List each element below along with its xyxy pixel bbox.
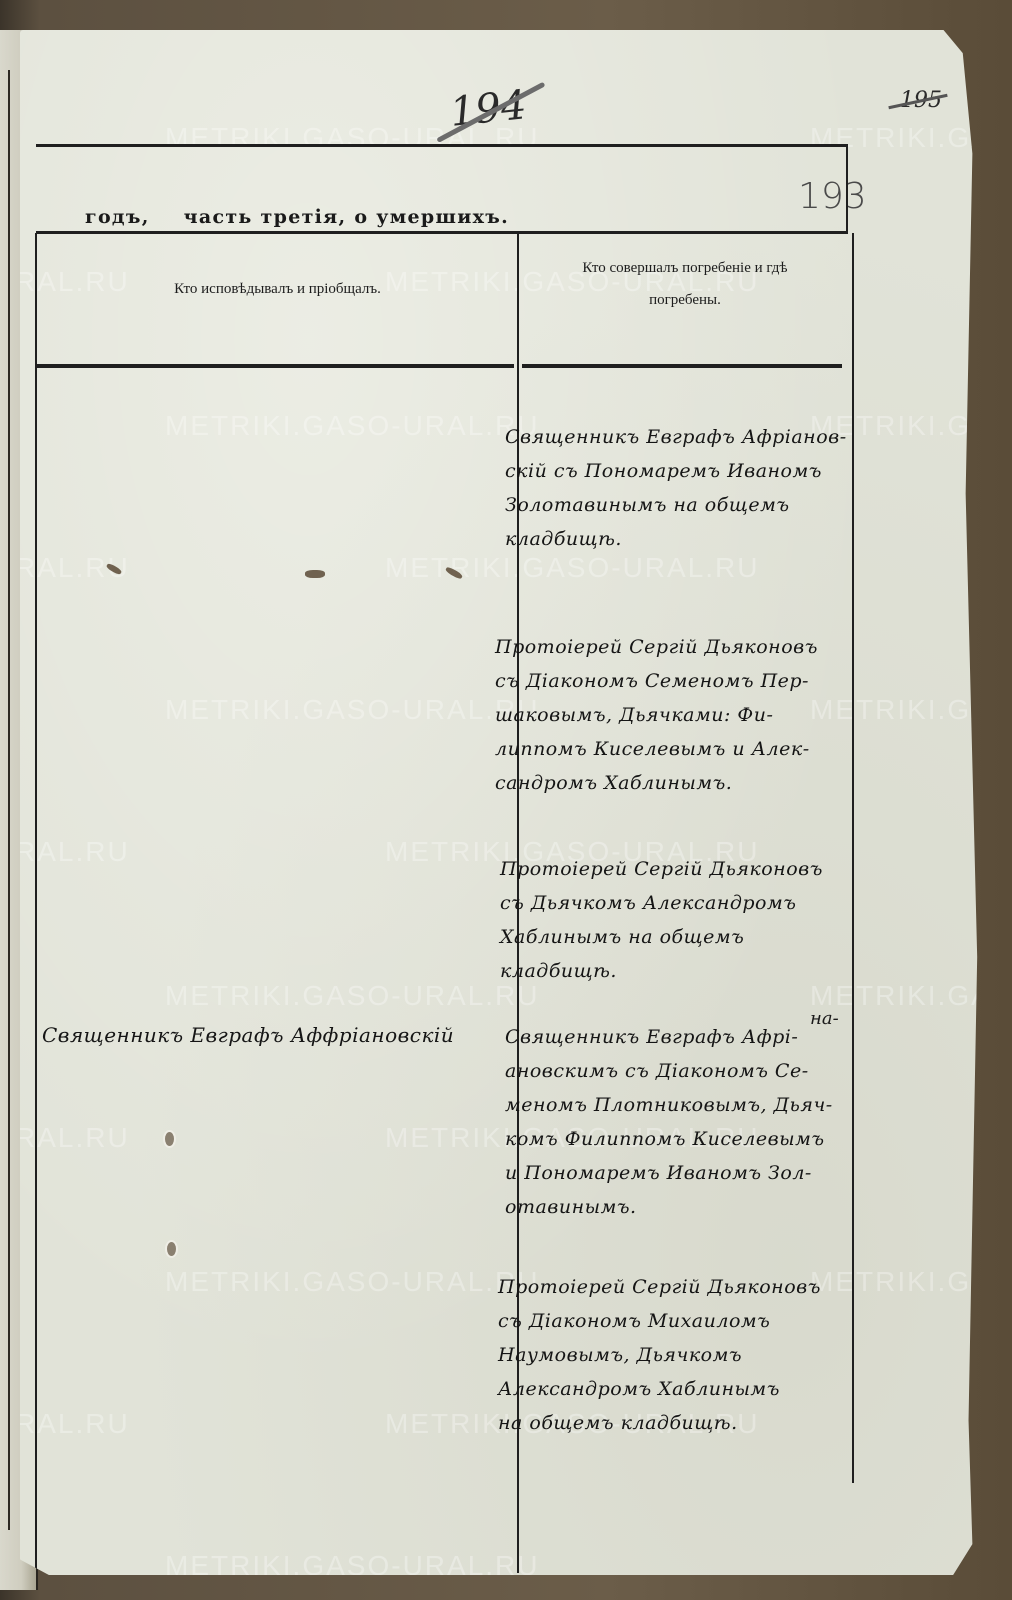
column-header-burial: Кто совершалъ погребеніе и гдѣ погребены… xyxy=(520,252,850,316)
column-header-rule-right xyxy=(522,364,842,368)
binding-hole xyxy=(163,1130,176,1148)
watermark: METRIKI.GASO-URAL.RU xyxy=(165,694,539,726)
folio-number-crossed-out: 194 xyxy=(448,82,529,136)
binding-hole xyxy=(165,1240,178,1258)
document-page: URAL.RU METRIKI.GASO-URAL.RU METRIKI.GA … xyxy=(20,30,982,1575)
top-rule xyxy=(36,144,846,147)
column-header-burial-line1: Кто совершалъ погребеніе и гдѣ xyxy=(520,252,850,284)
folio-number-current: 193 xyxy=(798,176,867,217)
column-header-burial-line2: погребены. xyxy=(520,284,850,316)
burial-entry-2: Протоіерей Сергій Дьяконовъ съ Діакономъ… xyxy=(495,630,818,800)
title-year: годъ, xyxy=(85,206,150,228)
title-part: часть третія, о умершихъ. xyxy=(184,206,509,228)
table-right-rule xyxy=(852,233,854,1483)
page-title: годъ,часть третія, о умершихъ. xyxy=(85,206,543,228)
column-header-confessor: Кто исповѣдывалъ и пріобщалъ. xyxy=(40,273,515,305)
burial-entry-5: Протоіерей Сергій Дьяконовъ съ Діакономъ… xyxy=(498,1270,821,1440)
header-bottom-rule xyxy=(36,231,846,234)
watermark: METRIKI.GA xyxy=(810,1266,992,1298)
watermark: METRIKI.GASO-URAL.RU xyxy=(385,552,759,584)
watermark: METRIKI.GASO-URAL.RU xyxy=(165,410,539,442)
ink-blot xyxy=(445,566,464,580)
watermark: RAL.RU xyxy=(15,1122,130,1154)
confessor-entry: Священникъ Евграфъ Аффріановскій xyxy=(42,1018,454,1052)
header-right-rule xyxy=(846,144,848,234)
burial-entry-4: Священникъ Евграфъ Афрі- ановскимъ съ Ді… xyxy=(505,1020,833,1224)
watermark: METRIKI.GASO-URAL.RU xyxy=(165,980,539,1012)
previous-page-rule xyxy=(8,70,10,1530)
watermark: RAL.RU xyxy=(15,1408,130,1440)
table-left-rule xyxy=(35,233,37,1573)
watermark: RAL.RU xyxy=(15,836,130,868)
ink-blot xyxy=(305,570,325,578)
burial-entry-3: Протоіерей Сергій Дьяконовъ съ Дьячкомъ … xyxy=(500,852,823,988)
watermark: METRIKI.GA xyxy=(810,694,992,726)
watermark: METRIKI.GA xyxy=(810,122,992,154)
watermark: METRIKI.GASO-URAL.RU xyxy=(165,1266,539,1298)
folio-number-corner-crossed-out: 195 xyxy=(900,88,942,113)
ink-blot xyxy=(106,562,123,575)
burial-entry-1: Священникъ Евграфъ Афріанов- скій съ Пон… xyxy=(505,420,847,556)
column-header-rule-left xyxy=(36,364,514,368)
